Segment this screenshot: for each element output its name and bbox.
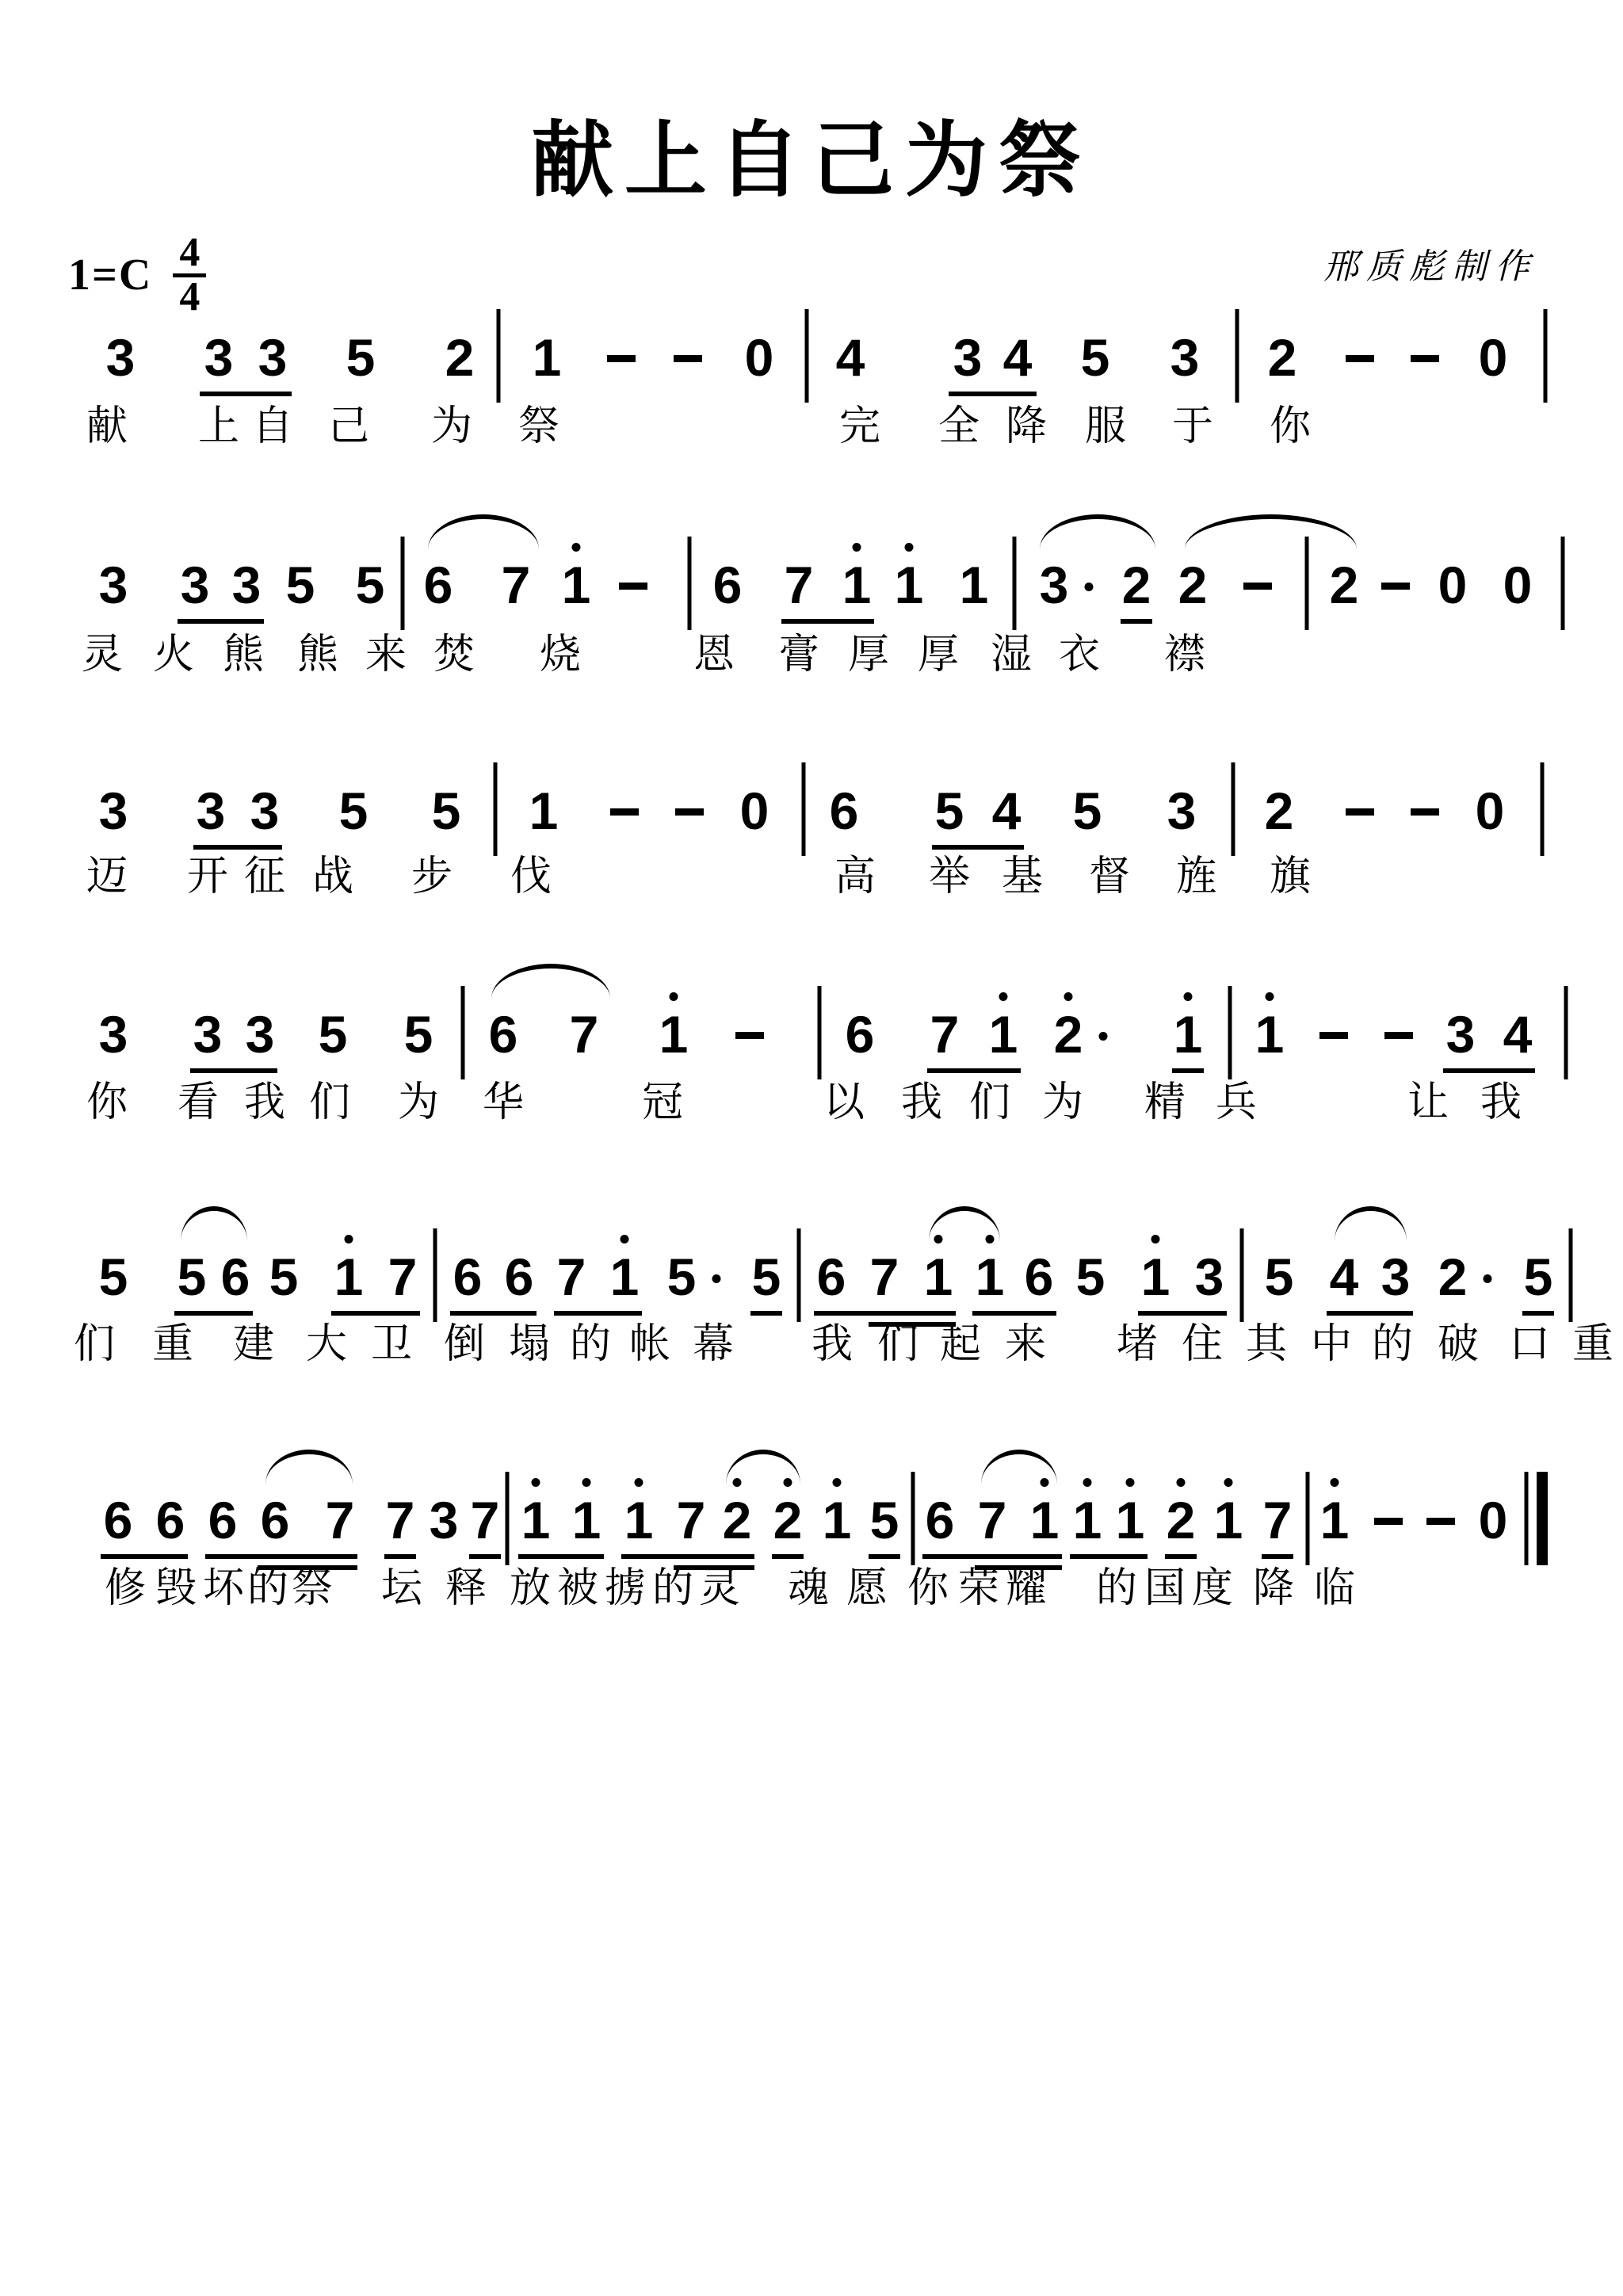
note-digit: 5	[286, 559, 315, 611]
lyric-char: 魂	[788, 1568, 829, 1609]
barline	[797, 1228, 801, 1322]
note-digit: 6	[156, 1494, 185, 1546]
octave-dot	[833, 1478, 842, 1487]
note-digit: 1	[1255, 1008, 1285, 1060]
barline	[1240, 1228, 1244, 1322]
duration-dash	[1426, 1518, 1455, 1525]
beam-underline	[200, 392, 292, 396]
barline	[1564, 986, 1568, 1079]
note-digit: 2	[1178, 559, 1208, 611]
duration-dash	[1319, 1032, 1348, 1039]
barline	[1561, 537, 1565, 630]
note-digit: 1	[895, 559, 924, 611]
note-digit: 6	[424, 559, 453, 611]
note-digit: 1	[572, 1494, 601, 1546]
slur-tie-arc	[265, 1450, 353, 1484]
barline	[805, 309, 809, 403]
lyric-char: 你	[86, 1082, 128, 1123]
lyric-char: 膏	[778, 634, 819, 675]
note-digit: 7	[471, 1494, 500, 1546]
lyric-char: 来	[365, 634, 407, 675]
note-digit: 6	[453, 1251, 483, 1303]
beam-underline	[450, 1311, 537, 1316]
note-digit: 7	[785, 559, 814, 611]
note-digit: 1	[823, 1494, 852, 1546]
note-digit: 7	[930, 1008, 960, 1060]
lyric-char: 降	[1253, 1568, 1294, 1609]
beam-underline	[932, 845, 1024, 850]
barline	[461, 986, 465, 1079]
lyric-char: 我	[811, 1324, 853, 1365]
rest-digit: 0	[1479, 331, 1508, 384]
note-digit: 1	[1320, 1494, 1350, 1546]
barline	[494, 762, 498, 856]
note-digit: 7	[502, 559, 531, 611]
beam-underline	[949, 392, 1037, 396]
lyric-char: 掳	[605, 1568, 646, 1609]
lyric-char: 耀	[1006, 1568, 1047, 1609]
lyric-char: 祭	[518, 406, 559, 447]
beam-underline	[205, 1554, 357, 1559]
beam-underline	[1443, 1068, 1535, 1073]
lyric-char: 帐	[629, 1324, 670, 1365]
rest-digit: 0	[1479, 1494, 1508, 1546]
slur-tie-arc	[1335, 1206, 1407, 1241]
octave-dot	[1266, 992, 1274, 1001]
note-digit: 1	[1174, 1008, 1203, 1060]
lyric-char: 以	[823, 1082, 865, 1123]
lyric-char: 烧	[540, 634, 581, 675]
lyric-char: 旗	[1270, 856, 1311, 897]
lyric-char: 堵	[1117, 1324, 1158, 1365]
lyric-char: 恩	[693, 634, 735, 675]
lyric-char: 我	[244, 1082, 285, 1123]
lyric-char: 坛	[381, 1568, 422, 1609]
note-digit: 4	[992, 785, 1022, 837]
lyric-char: 重	[152, 1324, 193, 1365]
lyric-char: 献	[86, 406, 128, 447]
octave-dot	[1064, 992, 1073, 1001]
octave-dot	[1177, 1478, 1186, 1487]
duration-dash	[674, 355, 702, 362]
lyric-char: 伐	[510, 856, 552, 897]
note-digit: 5	[935, 785, 964, 837]
key-label: 1=C	[68, 250, 152, 300]
note-digit: 3	[106, 331, 136, 384]
beam-underline	[554, 1311, 642, 1316]
lyric-char: 修	[105, 1568, 146, 1609]
note-digit: 3	[99, 559, 128, 611]
lyric-char: 旌	[1176, 856, 1217, 897]
octave-dot	[1126, 1478, 1135, 1487]
beam-underline	[469, 1554, 501, 1559]
lyric-char: 们	[877, 1324, 918, 1365]
note-digit: 1	[989, 1008, 1018, 1060]
octave-dot	[1224, 1478, 1233, 1487]
beam-underline	[178, 619, 264, 624]
note-digit: 6	[489, 1008, 518, 1060]
note-digit: 1	[529, 785, 559, 837]
lyric-char: 大	[306, 1324, 347, 1365]
beam-underline	[1172, 1068, 1204, 1073]
duration-dot	[712, 1274, 721, 1283]
lyric-char: 服	[1085, 406, 1126, 447]
note-digit: 3	[430, 1494, 459, 1546]
note-digit: 1	[976, 1251, 1005, 1303]
duration-dash	[1374, 1518, 1403, 1525]
octave-dot	[1083, 1478, 1092, 1487]
note-digit: 7	[386, 1494, 415, 1546]
lyric-char: 完	[839, 406, 880, 447]
beam-underline	[1070, 1554, 1148, 1559]
note-digit: 1	[842, 559, 872, 611]
note-digit: 1	[1116, 1494, 1145, 1546]
note-digit: 5	[1076, 1251, 1106, 1303]
barline	[1235, 309, 1239, 403]
barline	[911, 1472, 915, 1565]
note-digit: 5	[432, 785, 461, 837]
lyric-char: 的	[652, 1568, 693, 1609]
octave-dot	[572, 543, 581, 552]
note-digit: 6	[830, 785, 859, 837]
lyric-char: 上	[198, 406, 239, 447]
barline	[1541, 762, 1545, 856]
note-digit: 7	[388, 1251, 418, 1303]
note-digit: 2	[723, 1494, 752, 1546]
lyric-char: 我	[1480, 1082, 1522, 1123]
lyric-char: 迈	[86, 856, 128, 897]
octave-dot	[582, 1478, 591, 1487]
note-digit: 1	[533, 331, 562, 384]
note-digit: 7	[870, 1251, 899, 1303]
barline	[1306, 1472, 1310, 1565]
beam-underline	[331, 1311, 420, 1316]
note-digit: 4	[1330, 1251, 1359, 1303]
note-digit: 6	[713, 559, 743, 611]
lyric-char: 愿	[846, 1568, 888, 1609]
note-digit: 7	[978, 1494, 1007, 1546]
note-digit: 7	[557, 1251, 586, 1303]
note-digit: 5	[99, 1251, 128, 1303]
octave-dot	[1184, 992, 1193, 1001]
beam-underline	[1522, 1311, 1554, 1316]
lyric-char: 卫	[371, 1324, 412, 1365]
lyric-char: 战	[312, 856, 353, 897]
note-digit: 2	[773, 1494, 803, 1546]
lyric-char: 被	[557, 1568, 598, 1609]
note-digit: 1	[1214, 1494, 1243, 1546]
lyric-char: 毁	[155, 1568, 197, 1609]
beam-underline	[174, 1311, 253, 1316]
note-digit: 1	[334, 1251, 364, 1303]
note-digit: 5	[870, 1494, 899, 1546]
note-digit: 1	[562, 559, 591, 611]
lyric-char: 灵	[82, 634, 123, 675]
note-digit: 3	[99, 1008, 128, 1060]
barline	[497, 309, 501, 403]
lyric-char: 襟	[1164, 634, 1205, 675]
slur-tie-arc	[181, 1206, 247, 1241]
lyric-char: 为	[1042, 1082, 1083, 1123]
duration-dash	[1411, 355, 1439, 362]
note-digit: 5	[319, 1008, 348, 1060]
note-digit: 4	[1003, 331, 1033, 384]
lyric-char: 临	[1314, 1568, 1355, 1609]
note-digit: 5	[752, 1251, 781, 1303]
lyric-char: 于	[1172, 406, 1213, 447]
lyric-char: 举	[929, 856, 970, 897]
note-digit: 2	[1265, 785, 1294, 837]
beam-underline	[101, 1554, 188, 1559]
beam-underline	[781, 619, 874, 624]
note-digit: 5	[1081, 331, 1110, 384]
lyric-char: 放	[510, 1568, 551, 1609]
song-title: 献上自己为祭	[0, 94, 1623, 212]
sheet-music-page: 献上自己为祭 1=C 4 4 邢质彪制作 33352104345320献上自己为…	[0, 0, 1623, 2296]
barline	[818, 986, 822, 1079]
note-digit: 3	[258, 331, 288, 384]
duration-dash	[1381, 583, 1410, 590]
lyric-char: 其	[1246, 1324, 1287, 1365]
note-digit: 3	[1170, 331, 1200, 384]
lyric-char: 倒	[444, 1324, 485, 1365]
note-digit: 6	[221, 1251, 250, 1303]
beam-underline	[1327, 1311, 1413, 1316]
duration-dash	[1411, 808, 1439, 816]
octave-dot	[345, 1235, 353, 1244]
note-digit: 5	[1524, 1251, 1553, 1303]
note-digit: 1	[659, 1008, 689, 1060]
note-digit: 6	[926, 1494, 955, 1546]
beam-underline	[869, 1554, 900, 1559]
lyric-char: 来	[1005, 1324, 1046, 1365]
slur-tie-arc	[981, 1450, 1057, 1484]
beam-underline	[750, 1311, 782, 1316]
time-signature: 4 4	[173, 235, 206, 316]
lyric-char: 国	[1144, 1568, 1186, 1609]
note-digit: 3	[1167, 785, 1197, 837]
beam-underline	[384, 1554, 416, 1559]
note-digit: 2	[1167, 1494, 1196, 1546]
note-digit: 1	[924, 1251, 953, 1303]
note-digit: 6	[846, 1008, 875, 1060]
lyric-char: 全	[938, 406, 980, 447]
lyric-char: 破	[1438, 1324, 1479, 1365]
duration-dot	[1085, 583, 1094, 591]
lyric-char: 厚	[848, 634, 889, 675]
beam-underline	[922, 1554, 1062, 1559]
note-digit: 2	[1054, 1008, 1083, 1060]
barline	[433, 1228, 437, 1322]
note-digit: 3	[1381, 1251, 1411, 1303]
final-barline-thick	[1537, 1472, 1548, 1565]
lyric-char: 幕	[693, 1324, 734, 1365]
lyric-char: 塌	[509, 1324, 550, 1365]
lyric-char: 看	[178, 1082, 219, 1123]
barline	[401, 537, 405, 630]
duration-dash	[1243, 583, 1272, 590]
duration-dash	[619, 583, 647, 590]
lyric-char: 的	[1372, 1324, 1413, 1365]
octave-dot	[999, 992, 1008, 1001]
lyric-char: 们	[309, 1082, 350, 1123]
lyric-char: 灵	[699, 1568, 740, 1609]
lyric-char: 的	[1096, 1568, 1137, 1609]
beam-underline	[193, 845, 282, 850]
lyric-char: 荣	[958, 1568, 999, 1609]
lyric-char: 住	[1182, 1324, 1223, 1365]
lyric-char: 你	[907, 1568, 949, 1609]
lyric-char: 的	[570, 1324, 611, 1365]
lyric-char: 督	[1089, 856, 1130, 897]
lyric-char: 衣	[1059, 634, 1100, 675]
lyric-char: 为	[431, 406, 472, 447]
beam-underline	[518, 1554, 604, 1559]
note-digit: 1	[610, 1251, 640, 1303]
rest-digit: 0	[740, 785, 769, 837]
note-digit: 5	[1265, 1251, 1294, 1303]
note-digit: 3	[197, 785, 226, 837]
lyric-char: 重	[1572, 1324, 1613, 1365]
octave-dot	[621, 1235, 629, 1244]
rest-digit: 0	[1438, 559, 1468, 611]
lyric-char: 度	[1192, 1568, 1233, 1609]
lyric-char: 让	[1407, 1082, 1449, 1123]
duration-dash	[1346, 808, 1374, 816]
note-digit: 6	[1025, 1251, 1054, 1303]
duration-dash	[675, 808, 704, 816]
barline	[1228, 986, 1232, 1079]
lyric-char: 湿	[991, 634, 1032, 675]
lyric-char: 坏	[203, 1568, 244, 1609]
rest-digit: 0	[1503, 559, 1533, 611]
lyric-char: 基	[1002, 856, 1043, 897]
octave-dot	[1331, 1478, 1339, 1487]
beam-underline	[1165, 1554, 1197, 1559]
note-digit: 3	[250, 785, 280, 837]
note-digit: 1	[960, 559, 989, 611]
final-barline-thin	[1525, 1472, 1529, 1565]
octave-dot	[670, 992, 678, 1001]
beam-underline	[1262, 1554, 1293, 1559]
lyric-char: 精	[1144, 1082, 1186, 1123]
lyric-char: 降	[1006, 406, 1047, 447]
lyric-char: 你	[1270, 406, 1311, 447]
lyric-char: 为	[398, 1082, 439, 1123]
beam-underline	[1121, 619, 1152, 624]
note-digit: 5	[356, 559, 385, 611]
lyric-char: 们	[969, 1082, 1010, 1123]
slur-tie-arc	[428, 514, 539, 549]
note-digit: 7	[570, 1008, 599, 1060]
duration-dash	[610, 808, 639, 816]
credit-line: 邢质彪制作	[1323, 238, 1537, 288]
key-signature: 1=C 4 4	[68, 235, 206, 316]
lyric-char: 冠	[642, 1082, 683, 1123]
note-digit: 1	[1073, 1494, 1102, 1546]
note-digit: 3	[1040, 559, 1069, 611]
beam-underline	[972, 1311, 1056, 1316]
note-digit: 5	[269, 1251, 299, 1303]
beam-underline	[190, 1068, 277, 1073]
rest-digit: 0	[1476, 785, 1505, 837]
note-digit: 5	[404, 1008, 433, 1060]
lyric-char: 口	[1509, 1324, 1550, 1365]
barline	[802, 762, 806, 856]
slur-tie-arc	[1185, 514, 1357, 549]
note-digit: 5	[346, 331, 376, 384]
note-digit: 5	[339, 785, 369, 837]
lyric-char: 释	[445, 1568, 487, 1609]
note-digit: 3	[246, 1008, 275, 1060]
note-digit: 2	[1268, 331, 1297, 384]
note-digit: 7	[677, 1494, 706, 1546]
beam-underline	[927, 1068, 1021, 1073]
note-digit: 1	[624, 1494, 654, 1546]
note-digit: 2	[1122, 559, 1151, 611]
lyric-char: 高	[834, 856, 876, 897]
lyric-char: 兵	[1216, 1082, 1257, 1123]
lyric-char: 建	[233, 1324, 274, 1365]
barline	[1232, 762, 1235, 856]
rest-digit: 0	[745, 331, 774, 384]
note-digit: 3	[204, 331, 234, 384]
octave-dot	[853, 543, 861, 552]
barline	[1544, 309, 1548, 403]
note-digit: 7	[1263, 1494, 1293, 1546]
note-digit: 7	[326, 1494, 355, 1546]
lyric-char: 们	[74, 1324, 115, 1365]
note-digit: 3	[99, 785, 128, 837]
note-digit: 1	[1141, 1251, 1170, 1303]
note-digit: 3	[1195, 1251, 1224, 1303]
lyric-char: 熊	[297, 634, 338, 675]
lyric-char: 自	[252, 406, 293, 447]
meter-numerator: 4	[179, 235, 200, 272]
lyric-char: 征	[244, 856, 285, 897]
note-digit: 4	[836, 331, 865, 384]
duration-dash	[1384, 1032, 1413, 1039]
beam-underline	[621, 1554, 754, 1559]
slur-tie-arc	[491, 964, 610, 999]
octave-dot	[532, 1478, 540, 1487]
lyric-char: 中	[1311, 1324, 1352, 1365]
note-digit: 6	[505, 1251, 534, 1303]
note-digit: 3	[181, 559, 210, 611]
beam-underline	[772, 1554, 804, 1559]
lyric-char: 祭	[292, 1568, 333, 1609]
note-digit: 1	[1030, 1494, 1060, 1546]
lyric-char: 起	[940, 1324, 981, 1365]
lyric-char: 的	[247, 1568, 288, 1609]
beam-underline	[1138, 1311, 1227, 1316]
slur-tie-arc	[1040, 514, 1155, 549]
note-digit: 2	[445, 331, 475, 384]
lyric-char: 己	[328, 406, 369, 447]
note-digit: 6	[208, 1494, 238, 1546]
note-digit: 1	[521, 1494, 551, 1546]
note-digit: 2	[1438, 1251, 1468, 1303]
meter-denominator: 4	[179, 279, 200, 316]
note-digit: 4	[1503, 1008, 1533, 1060]
slur-tie-arc	[726, 1450, 800, 1484]
barline	[1305, 537, 1309, 630]
duration-dot	[1099, 1032, 1108, 1041]
slur-tie-arc	[929, 1206, 1000, 1241]
octave-dot	[905, 543, 914, 552]
lyric-char: 华	[483, 1082, 524, 1123]
note-digit: 2	[1330, 559, 1359, 611]
